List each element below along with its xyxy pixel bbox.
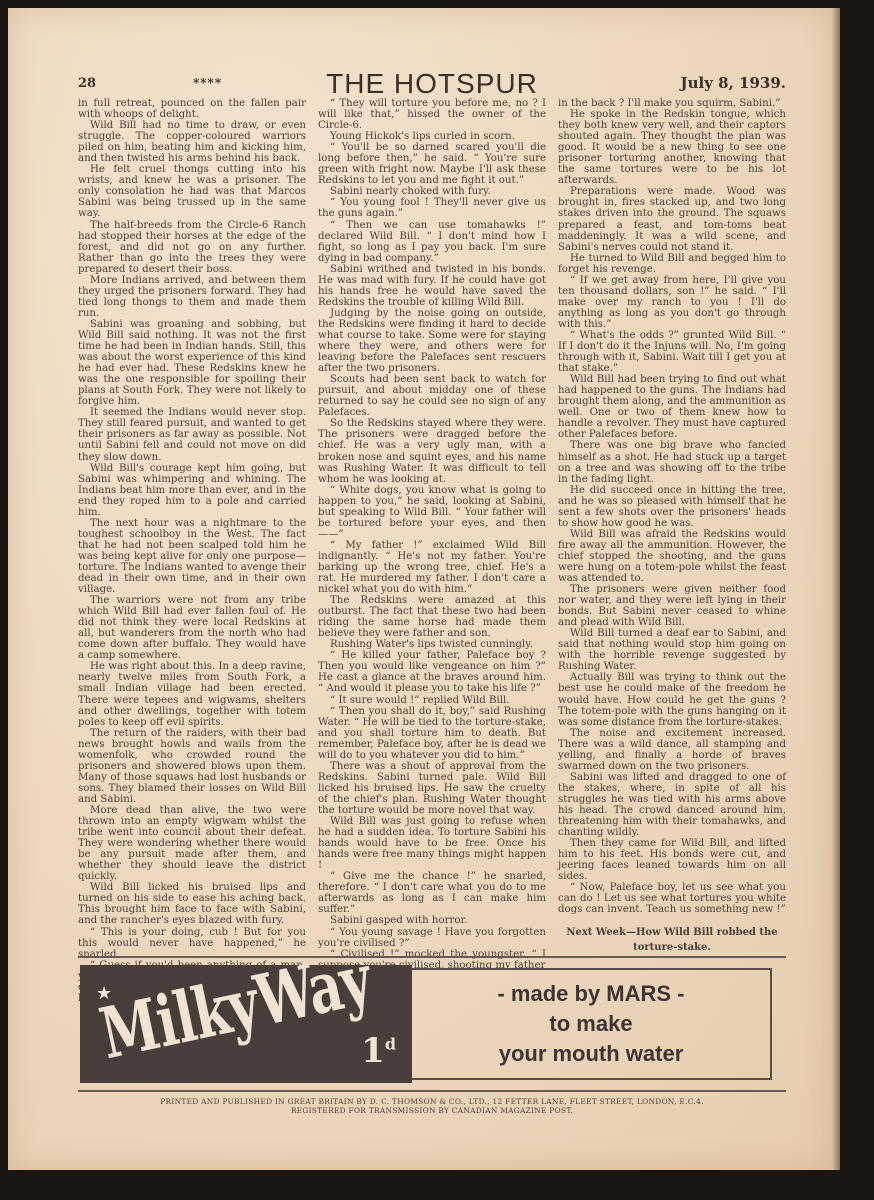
footer-line-1: PRINTED AND PUBLISHED IN GREAT BRITAIN B… <box>78 1097 786 1106</box>
divider-rule <box>78 956 786 958</box>
story-paragraph: The prisoners were given neither food no… <box>558 584 786 628</box>
story-paragraph: Sabini gasped with horror. <box>318 915 546 926</box>
story-paragraph: So the Redskins stayed where they were. … <box>318 418 546 484</box>
footer-line-2: REGISTERED FOR TRANSMISSION BY CANADIAN … <box>78 1106 786 1115</box>
ad-tagline-panel: - made by MARS - to make your mouth wate… <box>412 968 772 1080</box>
story-paragraph: Wild Bill's courage kept him going, but … <box>78 463 306 518</box>
page-edge <box>832 8 840 1170</box>
story-paragraph: The warriors were not from any tribe whi… <box>78 595 306 661</box>
story-paragraph: “ Then you shall do it, boy,” said Rushi… <box>318 706 546 761</box>
story-paragraph: Young Hickok's lips curled in scorn. <box>318 131 546 142</box>
story-paragraph: Rushing Water's lips twisted cunningly. <box>318 639 546 650</box>
story-paragraph: Judging by the noise going on outside, t… <box>318 308 546 374</box>
story-paragraph: “ He killed your father, Paleface boy ? … <box>318 650 546 694</box>
story-paragraph: He did succeed once in hitting the tree,… <box>558 485 786 529</box>
ad-tagline-line-1: - made by MARS - <box>497 979 684 1009</box>
story-paragraph: It seemed the Indians would never stop. … <box>78 407 306 462</box>
story-paragraph: “ This is your doing, cub ! But for you … <box>78 927 306 960</box>
story-paragraph: Wild Bill had no time to draw, or even s… <box>78 120 306 164</box>
story-paragraph: “ Then we can use tomahawks !” declared … <box>318 220 546 264</box>
story-paragraph: Actually Bill was trying to think out th… <box>558 672 786 727</box>
story-paragraph: Preparations were made. Wood was brought… <box>558 186 786 252</box>
story-paragraph: “ You young savage ! Have you forgotten … <box>318 927 546 949</box>
story-paragraph: “ White dogs, you know what is going to … <box>318 485 546 540</box>
story-paragraph: Sabini was lifted and dragged to one of … <box>558 772 786 838</box>
story-paragraph: “ They will torture you before me, no ? … <box>318 98 546 131</box>
ad-brand-name: MilkyWay <box>93 965 377 1076</box>
story-paragraph: Then they came for Wild Bill, and lifted… <box>558 838 786 882</box>
story-paragraph: “ It sure would !” replied Wild Bill. <box>318 695 546 706</box>
story-paragraph: Wild Bill turned a deaf ear to Sabini, a… <box>558 628 786 672</box>
column-1: in full retreat, pounced on the fallen p… <box>78 98 306 950</box>
story-paragraph: More Indians arrived, and between them t… <box>78 275 306 319</box>
story-paragraph: “ What's the odds ?” grunted Wild Bill. … <box>558 330 786 374</box>
ad-tagline-line-2: to make <box>549 1009 632 1039</box>
story-paragraph: Scouts had been sent back to watch for p… <box>318 374 546 418</box>
story-paragraph: The next hour was a nightmare to the tou… <box>78 518 306 595</box>
story-paragraph: The noise and excitement increased. Ther… <box>558 728 786 772</box>
story-paragraph: Sabini writhed and twisted in his bonds.… <box>318 264 546 308</box>
story-paragraph: Wild Bill had been trying to find out wh… <box>558 374 786 440</box>
story-paragraph: Wild Bill was afraid the Redskins would … <box>558 529 786 584</box>
story-paragraph: in the back ? I'll make you squirm, Sabi… <box>558 98 786 109</box>
column-2: “ They will torture you before me, no ? … <box>318 98 546 950</box>
story-columns: in full retreat, pounced on the fallen p… <box>78 98 786 950</box>
story-paragraph: The Redskins were amazed at this outburs… <box>318 595 546 639</box>
ad-tagline-line-3: your mouth water <box>499 1039 684 1069</box>
story-paragraph: Wild Bill was just going to refuse when … <box>318 816 546 871</box>
story-paragraph: “ Now, Paleface boy, let us see what you… <box>558 882 786 915</box>
column-3: in the back ? I'll make you squirm, Sabi… <box>558 98 786 950</box>
milky-way-advertisement: ★ MilkyWay 1d - made by MARS - to make y… <box>80 965 772 1083</box>
story-paragraph: The half-breeds from the Circle-6 Ranch … <box>78 220 306 275</box>
story-paragraph: The return of the raiders, with their ba… <box>78 728 306 805</box>
story-paragraph: He spoke in the Redskin tongue, which th… <box>558 109 786 186</box>
ad-price: 1d <box>361 1031 396 1071</box>
story-paragraph: There was a shout of approval from the R… <box>318 761 546 816</box>
publisher-footer: PRINTED AND PUBLISHED IN GREAT BRITAIN B… <box>78 1097 786 1115</box>
ad-brand-panel: ★ MilkyWay 1d <box>80 965 412 1083</box>
next-week-teaser: Next Week—How Wild Bill robbed the tortu… <box>558 925 786 955</box>
ad-price-value: 1 <box>361 1031 385 1071</box>
story-paragraph: in full retreat, pounced on the fallen p… <box>78 98 306 120</box>
story-paragraph: “ If we get away from here, I'll give yo… <box>558 275 786 330</box>
story-paragraph: Sabini nearly choked with fury. <box>318 186 546 197</box>
story-paragraph: He was right about this. In a deep ravin… <box>78 661 306 727</box>
story-paragraph: He felt cruel thongs cutting into his wr… <box>78 164 306 219</box>
story-paragraph: “ Give me the chance !” he snarled, ther… <box>318 871 546 915</box>
story-paragraph: He turned to Wild Bill and begged him to… <box>558 253 786 275</box>
story-paragraph: Sabini was groaning and sobbing, but Wil… <box>78 319 306 407</box>
story-paragraph: “ You'll be so darned scared you'll die … <box>318 142 546 186</box>
story-paragraph: More dead than alive, the two were throw… <box>78 805 306 882</box>
story-paragraph: “ You young fool ! They'll never give us… <box>318 197 546 219</box>
story-paragraph: Wild Bill licked his bruised lips and tu… <box>78 882 306 926</box>
story-paragraph: There was one big brave who fancied hims… <box>558 440 786 484</box>
ad-price-unit: d <box>385 1035 396 1054</box>
divider-rule-bottom <box>78 1090 786 1092</box>
story-paragraph: “ My father !” exclaimed Wild Bill indig… <box>318 540 546 595</box>
issue-date: July 8, 1939. <box>681 74 787 92</box>
